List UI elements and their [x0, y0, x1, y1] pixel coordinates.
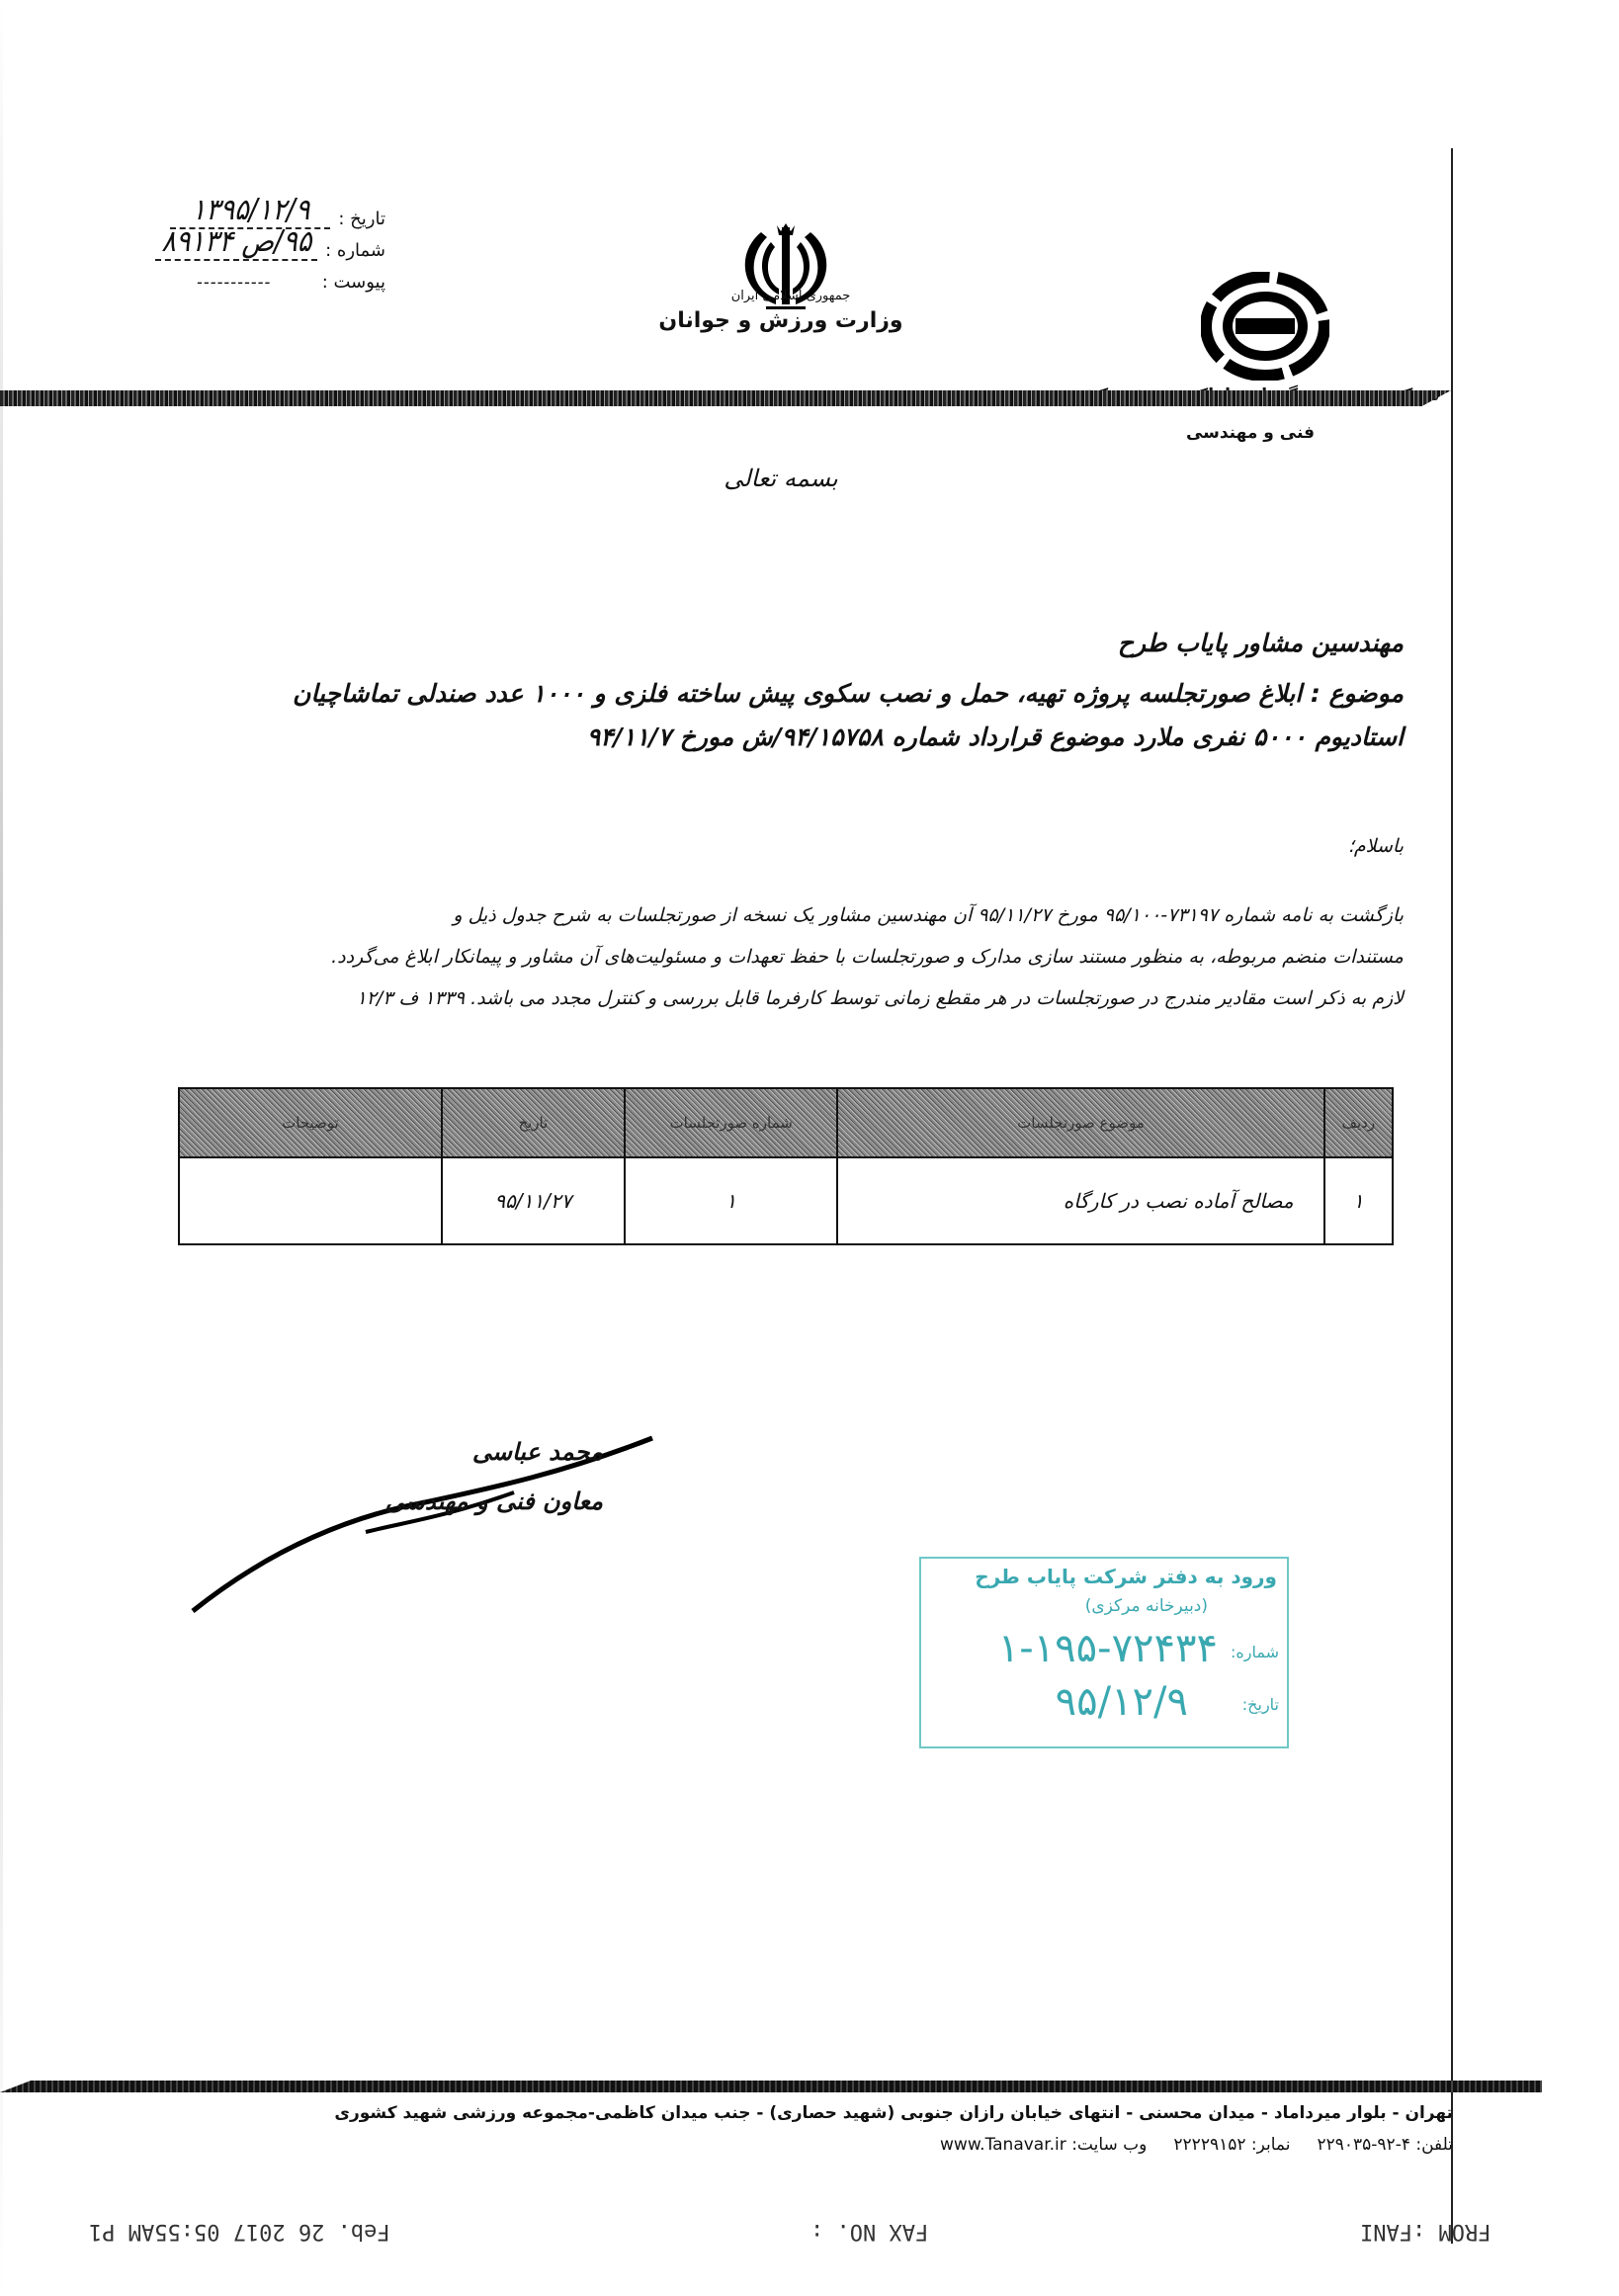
table-row: ۱ مصالح آماده نصب در کارگاه ۱ ۹۵/۱۱/۲۷ [179, 1157, 1393, 1244]
company-department: فنی و مهندسی [1058, 423, 1443, 443]
fax-number: FAX NO. : [810, 2219, 928, 2244]
stamp-date-label: تاریخ: [1242, 1695, 1279, 1714]
scan-fold-line [1451, 148, 1453, 2244]
attachment-value: ----------- [154, 272, 314, 293]
footer-divider [0, 2081, 1542, 2092]
attachment-label: پیوست : [322, 272, 385, 293]
table-header-row: ردیف موضوع صورتجلسات شماره صورتجلسات تار… [179, 1088, 1393, 1157]
attachment-row: پیوست : ----------- [109, 261, 385, 293]
recipient: مهندسین مشاور پایاب طرح [178, 629, 1404, 657]
date-label: تاریخ : [338, 209, 385, 229]
cell-row-number: ۱ [1324, 1157, 1393, 1244]
fax-from: FROM :FANI [1360, 2219, 1491, 2244]
stamp-date-value: ۹۵/۱۲/۹ [1056, 1679, 1188, 1725]
stamp-title: ورود به دفتر شرکت پایاب طرح [975, 1565, 1277, 1588]
cell-minutes-number: ۱ [625, 1157, 837, 1244]
paragraph-line-3: لازم به ذکر است مقادیر مندرج در صورتجلسا… [178, 978, 1404, 1019]
fax-transmission-line: FROM :FANI FAX NO. : Feb. 26 2017 05:55A… [0, 2219, 1619, 2249]
paragraph-line-2: مستندات منضم مربوطه، به منظور مستند سازی… [178, 936, 1404, 978]
company-logo-icon [1201, 272, 1329, 381]
footer-phone: تلفن: ۴-۹۲-۲۲۹۰۳۵ [1317, 2135, 1453, 2155]
cell-notes [179, 1157, 442, 1244]
minutes-table: ردیف موضوع صورتجلسات شماره صورتجلسات تار… [178, 1087, 1394, 1245]
stamp-subtitle: (دبیرخانه مرکزی) [1085, 1596, 1208, 1616]
fax-timestamp: Feb. 26 2017 05:55AM P1 [89, 2219, 390, 2244]
stamp-number-label: شماره: [1231, 1643, 1279, 1661]
received-stamp: ورود به دفتر شرکت پایاب طرح (دبیرخانه مر… [919, 1557, 1289, 1748]
header-divider [0, 390, 1451, 406]
footer-fax: نمابر: ۲۲۲۲۹۱۵۲ [1173, 2135, 1290, 2155]
col-minutes-number: شماره صورتجلسات [625, 1088, 837, 1157]
number-label: شماره : [325, 240, 385, 261]
stamp-number-value: ۱-۱۹۵-۷۲۴۳۴ [998, 1626, 1218, 1671]
signatory-title: معاون فنی و مهندسی [356, 1488, 603, 1515]
signatory-name: محمد عباسی [376, 1438, 603, 1466]
scan-edge [0, 0, 3, 2296]
cell-date: ۹۵/۱۱/۲۷ [442, 1157, 625, 1244]
subject: موضوع : ابلاغ صورتجلسه پروژه تهیه، حمل و… [178, 672, 1404, 759]
greeting: باسلام؛ [178, 835, 1404, 857]
subject-line-1: موضوع : ابلاغ صورتجلسه پروژه تهیه، حمل و… [178, 672, 1404, 716]
subject-line-2: استادیوم ۵۰۰۰ نفری ملارد موضوع قرارداد ش… [178, 716, 1404, 759]
col-row-number: ردیف [1324, 1088, 1393, 1157]
letter-meta: تاریخ : ۱۳۹۵/۱۲/۹ شماره : ۹۵/ص ۸۹۱۳۴ پیو… [109, 198, 385, 293]
footer-contact: تلفن: ۴-۹۲-۲۲۹۰۳۵ نمابر: ۲۲۲۲۹۱۵۲ وب سای… [178, 2135, 1453, 2155]
cell-subject: مصالح آماده نصب در کارگاه [837, 1157, 1323, 1244]
number-value: ۹۵/ص ۸۹۱۳۴ [155, 224, 317, 261]
footer-website-label: وب سایت: [1071, 2135, 1147, 2155]
col-date: تاریخ [442, 1088, 625, 1157]
col-subject: موضوع صورتجلسات [837, 1088, 1323, 1157]
footer-address: تهران - بلوار میرداماد - میدان محسنی - ا… [178, 2103, 1453, 2123]
body-paragraph: بازگشت به نامه شماره ۷۳۱۹۷-۹۵/۱۰۰ مورخ ۹… [178, 894, 1404, 1019]
footer-website[interactable]: www.Tanavar.ir [940, 2135, 1066, 2155]
ministry-name: وزارت ورزش و جوانان [652, 308, 909, 333]
col-notes: توضیحات [179, 1088, 442, 1157]
number-row: شماره : ۹۵/ص ۸۹۱۳۴ [109, 229, 385, 261]
basmala: بسمه تعالی [722, 465, 840, 492]
paragraph-line-1: بازگشت به نامه شماره ۷۳۱۹۷-۹۵/۱۰۰ مورخ ۹… [178, 894, 1404, 936]
emblem-caption: جمهوری اسلامی ایران [672, 289, 909, 303]
